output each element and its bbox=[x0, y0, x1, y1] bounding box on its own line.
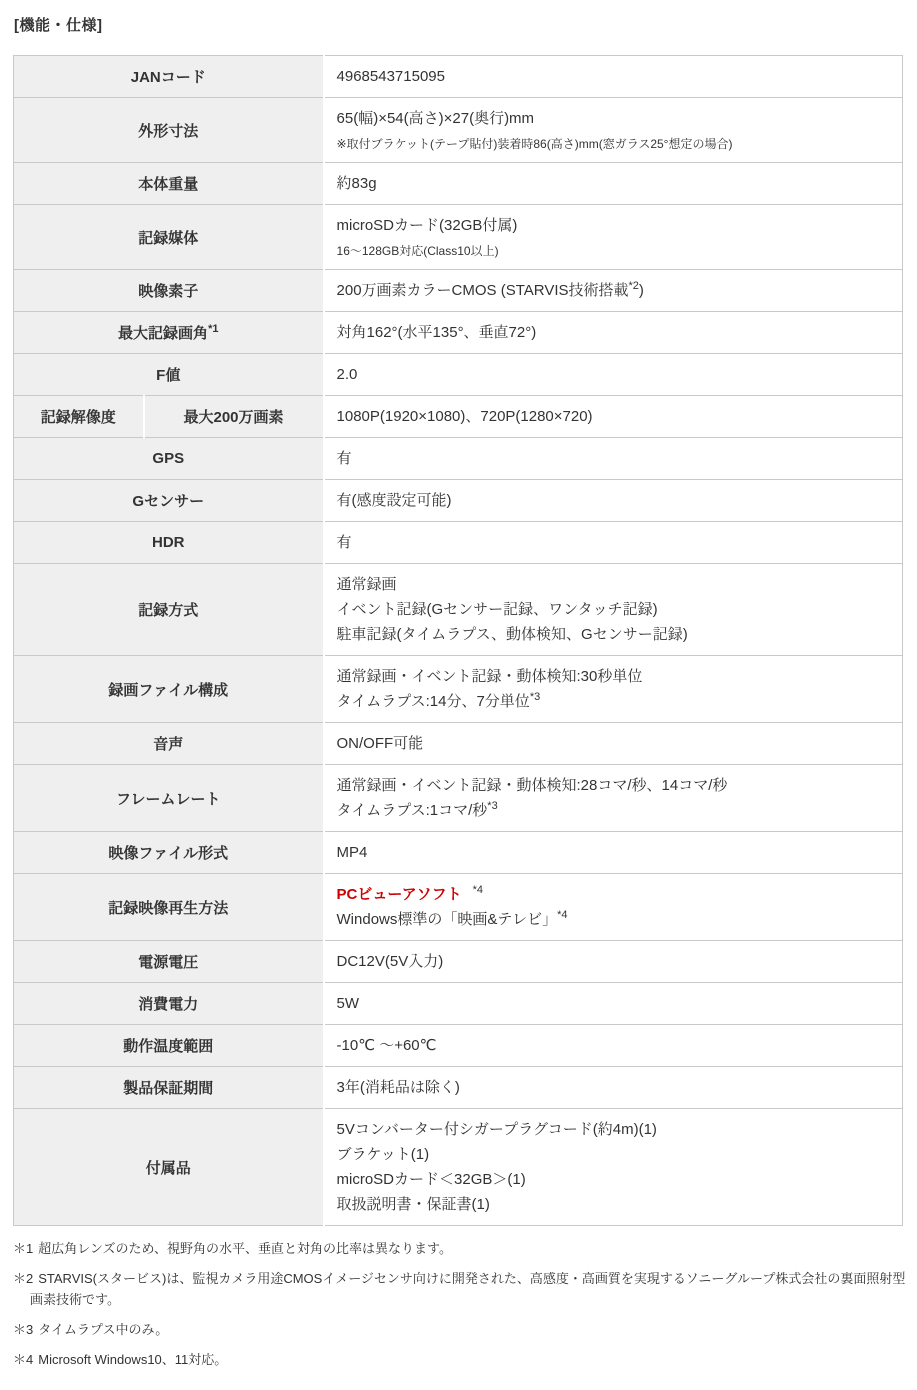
value-line: 200万画素カラーCMOS (STARVIS技術搭載*2) bbox=[337, 278, 890, 303]
value-text: ブラケット(1) bbox=[337, 1146, 430, 1163]
table-row: 記録解像度最大200万画素1080P(1920×1080)、720P(1280×… bbox=[14, 396, 903, 438]
value-text: 通常録画 bbox=[337, 576, 397, 593]
value-line: 駐車記録(タイムラプス、動体検知、Gセンサー記録) bbox=[337, 622, 890, 647]
row-value-cell: PCビューアソフト *4Windows標準の「映画&テレビ」*4 bbox=[324, 874, 903, 941]
row-label-cell: GPS bbox=[14, 438, 324, 480]
page-title: [機能・仕様] bbox=[14, 14, 904, 35]
footnote-marker: ＊4 bbox=[13, 1352, 33, 1367]
row-value-cell: 有(感度設定可能) bbox=[324, 480, 903, 522]
spec-table: JANコード4968543715095外形寸法65(幅)×54(高さ)×27(奥… bbox=[13, 55, 903, 1226]
row-label: 製品保証期間 bbox=[123, 1080, 213, 1097]
table-row: 外形寸法65(幅)×54(高さ)×27(奥行)mm※取付ブラケット(テープ貼付)… bbox=[14, 98, 903, 163]
row-label: 最大記録画角 bbox=[118, 325, 208, 342]
footnotes: ＊1超広角レンズのため、視野角の水平、垂直と対角の比率は異なります。＊2STAR… bbox=[13, 1238, 916, 1370]
footnote-marker: ＊1 bbox=[13, 1241, 33, 1256]
value-text: 200万画素カラーCMOS (STARVIS技術搭載 bbox=[337, 282, 629, 299]
value-text: 有(感度設定可能) bbox=[337, 492, 452, 509]
row-label-cell: HDR bbox=[14, 522, 324, 564]
footnote-ref: *4 bbox=[462, 884, 483, 896]
row-value-cell: 5W bbox=[324, 983, 903, 1025]
value-text: 通常録画・イベント記録・動体検知:28コマ/秒、14コマ/秒 bbox=[337, 777, 728, 794]
table-row: 本体重量約83g bbox=[14, 163, 903, 205]
value-text: microSDカード(32GB付属) bbox=[337, 217, 518, 234]
table-row: 音声ON/OFF可能 bbox=[14, 723, 903, 765]
row-label-cell: JANコード bbox=[14, 56, 324, 98]
footnote: ＊2STARVIS(スタービス)は、監視カメラ用途CMOSイメージセンサ向けに開… bbox=[13, 1268, 916, 1310]
value-line: 対角162°(水平135°、垂直72°) bbox=[337, 320, 890, 345]
row-label: 電源電圧 bbox=[138, 954, 198, 971]
value-line: 約83g bbox=[337, 171, 890, 196]
footnote: ＊1超広角レンズのため、視野角の水平、垂直と対角の比率は異なります。 bbox=[13, 1238, 916, 1259]
value-line: 3年(消耗品は除く) bbox=[337, 1075, 890, 1100]
row-label: GPS bbox=[152, 450, 184, 467]
row-label: 最大200万画素 bbox=[183, 409, 283, 426]
row-label: HDR bbox=[152, 534, 185, 551]
row-value-cell: 有 bbox=[324, 522, 903, 564]
row-label-cell: 最大200万画素 bbox=[144, 396, 324, 438]
table-row: JANコード4968543715095 bbox=[14, 56, 903, 98]
row-label: F値 bbox=[156, 367, 180, 384]
value-line: PCビューアソフト *4 bbox=[337, 882, 890, 907]
value-text: イベント記録(Gセンサー記録、ワンタッチ記録) bbox=[337, 601, 658, 618]
footnote-ref: *3 bbox=[487, 800, 497, 812]
row-value-cell: 約83g bbox=[324, 163, 903, 205]
row-label-cell: 録画ファイル構成 bbox=[14, 656, 324, 723]
value-text: microSDカード＜32GB＞(1) bbox=[337, 1171, 526, 1188]
row-label-cell: 記録解像度 bbox=[14, 396, 144, 438]
value-text: タイムラプス:14分、7分単位 bbox=[337, 693, 530, 710]
row-label: JANコード bbox=[131, 69, 206, 86]
row-label-cell: 付属品 bbox=[14, 1109, 324, 1226]
value-line: 65(幅)×54(高さ)×27(奥行)mm bbox=[337, 106, 890, 131]
footnote: ＊4Microsoft Windows10、11対応。 bbox=[13, 1349, 916, 1370]
footnote-marker: ＊3 bbox=[13, 1322, 33, 1337]
row-value-cell: 通常録画イベント記録(Gセンサー記録、ワンタッチ記録)駐車記録(タイムラプス、動… bbox=[324, 564, 903, 656]
row-label: 音声 bbox=[153, 736, 183, 753]
value-text: タイムラプス:1コマ/秒 bbox=[337, 802, 488, 819]
value-text: 通常録画・イベント記録・動体検知:30秒単位 bbox=[337, 668, 643, 685]
value-text: DC12V(5V入力) bbox=[337, 953, 444, 970]
row-label: 本体重量 bbox=[138, 176, 198, 193]
table-row: 記録媒体microSDカード(32GB付属)16〜128GB対応(Class10… bbox=[14, 205, 903, 270]
value-line: タイムラプス:1コマ/秒*3 bbox=[337, 798, 890, 823]
value-text: 4968543715095 bbox=[337, 68, 445, 85]
table-row: 動作温度範囲-10℃ 〜+60℃ bbox=[14, 1025, 903, 1067]
row-value-cell: MP4 bbox=[324, 832, 903, 874]
row-label-cell: 外形寸法 bbox=[14, 98, 324, 163]
row-label: 消費電力 bbox=[138, 996, 198, 1013]
table-row: 消費電力5W bbox=[14, 983, 903, 1025]
value-text: 3年(消耗品は除く) bbox=[337, 1079, 460, 1096]
spec-page: [機能・仕様] JANコード4968543715095外形寸法65(幅)×54(… bbox=[13, 14, 904, 1370]
row-label-cell: 記録映像再生方法 bbox=[14, 874, 324, 941]
footnote-text: STARVIS(スタービス)は、監視カメラ用途CMOSイメージセンサ向けに開発さ… bbox=[30, 1271, 905, 1307]
value-line: 通常録画・イベント記録・動体検知:28コマ/秒、14コマ/秒 bbox=[337, 773, 890, 798]
value-text: 有 bbox=[337, 534, 352, 551]
row-label: 記録映像再生方法 bbox=[108, 900, 228, 917]
value-line: 取扱説明書・保証書(1) bbox=[337, 1192, 890, 1217]
row-label: 動作温度範囲 bbox=[123, 1038, 213, 1055]
row-value-cell: DC12V(5V入力) bbox=[324, 941, 903, 983]
row-label-cell: 記録媒体 bbox=[14, 205, 324, 270]
value-line: 5W bbox=[337, 991, 890, 1016]
row-value-cell: 通常録画・イベント記録・動体検知:28コマ/秒、14コマ/秒タイムラプス:1コマ… bbox=[324, 765, 903, 832]
row-label-cell: 電源電圧 bbox=[14, 941, 324, 983]
value-line: MP4 bbox=[337, 840, 890, 865]
row-label-cell: Gセンサー bbox=[14, 480, 324, 522]
table-row: 記録方式通常録画イベント記録(Gセンサー記録、ワンタッチ記録)駐車記録(タイムラ… bbox=[14, 564, 903, 656]
value-line: タイムラプス:14分、7分単位*3 bbox=[337, 689, 890, 714]
value-line: 通常録画 bbox=[337, 572, 890, 597]
table-row: 電源電圧DC12V(5V入力) bbox=[14, 941, 903, 983]
footnote-text: タイムラプス中のみ。 bbox=[38, 1322, 168, 1337]
value-line: ON/OFF可能 bbox=[337, 731, 890, 756]
value-text: 約83g bbox=[337, 175, 377, 192]
row-value-cell: 1080P(1920×1080)、720P(1280×720) bbox=[324, 396, 903, 438]
value-text: 対角162°(水平135°、垂直72°) bbox=[337, 324, 537, 341]
value-line: 4968543715095 bbox=[337, 64, 890, 89]
value-text: -10℃ 〜+60℃ bbox=[337, 1037, 437, 1054]
value-line: 有 bbox=[337, 530, 890, 555]
row-label: フレームレート bbox=[116, 791, 220, 808]
value-text: 有 bbox=[337, 450, 352, 467]
footnote-ref: *4 bbox=[557, 909, 567, 921]
row-label: 記録解像度 bbox=[41, 409, 116, 426]
value-text: 65(幅)×54(高さ)×27(奥行)mm bbox=[337, 110, 535, 127]
footnote-marker: ＊2 bbox=[13, 1271, 33, 1286]
table-row: Gセンサー有(感度設定可能) bbox=[14, 480, 903, 522]
value-text: ※取付ブラケット(テープ貼付)装着時86(高さ)mm(窓ガラス25°想定の場合) bbox=[337, 137, 733, 151]
value-line: 通常録画・イベント記録・動体検知:30秒単位 bbox=[337, 664, 890, 689]
row-label: Gセンサー bbox=[132, 493, 204, 510]
value-text: 16〜128GB対応(Class10以上) bbox=[337, 244, 499, 258]
value-text: 1080P(1920×1080)、720P(1280×720) bbox=[337, 408, 593, 425]
value-line: microSDカード(32GB付属) bbox=[337, 213, 890, 238]
row-value-cell: microSDカード(32GB付属)16〜128GB対応(Class10以上) bbox=[324, 205, 903, 270]
row-value-cell: 2.0 bbox=[324, 354, 903, 396]
value-text: Windows標準の「映画&テレビ」 bbox=[337, 911, 558, 928]
row-label: 記録媒体 bbox=[138, 230, 198, 247]
row-label-cell: 最大記録画角*1 bbox=[14, 312, 324, 354]
row-value-cell: 200万画素カラーCMOS (STARVIS技術搭載*2) bbox=[324, 270, 903, 312]
footnote-ref: *3 bbox=[530, 691, 540, 703]
table-row: 映像素子200万画素カラーCMOS (STARVIS技術搭載*2) bbox=[14, 270, 903, 312]
footnote-text: 超広角レンズのため、視野角の水平、垂直と対角の比率は異なります。 bbox=[38, 1241, 452, 1256]
row-label: 映像素子 bbox=[138, 283, 198, 300]
value-line: 有 bbox=[337, 446, 890, 471]
row-label-cell: フレームレート bbox=[14, 765, 324, 832]
value-line: ※取付ブラケット(テープ貼付)装着時86(高さ)mm(窓ガラス25°想定の場合) bbox=[337, 134, 890, 154]
row-label: 録画ファイル構成 bbox=[108, 682, 228, 699]
row-value-cell: 対角162°(水平135°、垂直72°) bbox=[324, 312, 903, 354]
row-label-cell: 映像ファイル形式 bbox=[14, 832, 324, 874]
row-value-cell: 65(幅)×54(高さ)×27(奥行)mm※取付ブラケット(テープ貼付)装着時8… bbox=[324, 98, 903, 163]
value-line: 2.0 bbox=[337, 362, 890, 387]
value-line: 有(感度設定可能) bbox=[337, 488, 890, 513]
row-label: 記録方式 bbox=[138, 602, 198, 619]
value-text: 5W bbox=[337, 995, 360, 1012]
spec-table-body: JANコード4968543715095外形寸法65(幅)×54(高さ)×27(奥… bbox=[14, 56, 903, 1226]
row-value-cell: -10℃ 〜+60℃ bbox=[324, 1025, 903, 1067]
value-line: Windows標準の「映画&テレビ」*4 bbox=[337, 907, 890, 932]
footnote-ref: *1 bbox=[208, 323, 218, 335]
table-row: フレームレート通常録画・イベント記録・動体検知:28コマ/秒、14コマ/秒タイム… bbox=[14, 765, 903, 832]
pc-viewer-link[interactable]: PCビューアソフト bbox=[337, 886, 462, 903]
table-row: 映像ファイル形式MP4 bbox=[14, 832, 903, 874]
row-value-cell: ON/OFF可能 bbox=[324, 723, 903, 765]
value-line: 16〜128GB対応(Class10以上) bbox=[337, 241, 890, 261]
row-value-cell: 通常録画・イベント記録・動体検知:30秒単位タイムラプス:14分、7分単位*3 bbox=[324, 656, 903, 723]
row-label-cell: F値 bbox=[14, 354, 324, 396]
value-line: ブラケット(1) bbox=[337, 1142, 890, 1167]
value-line: microSDカード＜32GB＞(1) bbox=[337, 1167, 890, 1192]
value-line: イベント記録(Gセンサー記録、ワンタッチ記録) bbox=[337, 597, 890, 622]
row-label: 映像ファイル形式 bbox=[108, 845, 228, 862]
row-label-cell: 製品保証期間 bbox=[14, 1067, 324, 1109]
value-text: 5Vコンバーター付シガープラグコード(約4m)(1) bbox=[337, 1121, 657, 1138]
row-value-cell: 有 bbox=[324, 438, 903, 480]
value-text: MP4 bbox=[337, 844, 368, 861]
row-label-cell: 記録方式 bbox=[14, 564, 324, 656]
table-row: 最大記録画角*1対角162°(水平135°、垂直72°) bbox=[14, 312, 903, 354]
footnote-ref: *2 bbox=[629, 280, 639, 292]
row-label-cell: 動作温度範囲 bbox=[14, 1025, 324, 1067]
value-line: 5Vコンバーター付シガープラグコード(約4m)(1) bbox=[337, 1117, 890, 1142]
value-text: 取扱説明書・保証書(1) bbox=[337, 1196, 490, 1213]
row-label-cell: 音声 bbox=[14, 723, 324, 765]
table-row: 録画ファイル構成通常録画・イベント記録・動体検知:30秒単位タイムラプス:14分… bbox=[14, 656, 903, 723]
row-value-cell: 5Vコンバーター付シガープラグコード(約4m)(1)ブラケット(1)microS… bbox=[324, 1109, 903, 1226]
table-row: GPS有 bbox=[14, 438, 903, 480]
row-label: 外形寸法 bbox=[138, 123, 198, 140]
row-value-cell: 3年(消耗品は除く) bbox=[324, 1067, 903, 1109]
row-label: 付属品 bbox=[146, 1160, 191, 1177]
row-label-cell: 消費電力 bbox=[14, 983, 324, 1025]
table-row: HDR有 bbox=[14, 522, 903, 564]
value-text: ) bbox=[639, 282, 644, 299]
table-row: F値2.0 bbox=[14, 354, 903, 396]
value-text: 2.0 bbox=[337, 366, 358, 383]
row-label-cell: 本体重量 bbox=[14, 163, 324, 205]
row-label-cell: 映像素子 bbox=[14, 270, 324, 312]
table-row: 記録映像再生方法PCビューアソフト *4Windows標準の「映画&テレビ」*4 bbox=[14, 874, 903, 941]
table-row: 付属品5Vコンバーター付シガープラグコード(約4m)(1)ブラケット(1)mic… bbox=[14, 1109, 903, 1226]
value-text: 駐車記録(タイムラプス、動体検知、Gセンサー記録) bbox=[337, 626, 688, 643]
value-line: DC12V(5V入力) bbox=[337, 949, 890, 974]
footnote-text: Microsoft Windows10、11対応。 bbox=[38, 1352, 227, 1367]
value-text: ON/OFF可能 bbox=[337, 735, 424, 752]
table-row: 製品保証期間3年(消耗品は除く) bbox=[14, 1067, 903, 1109]
value-line: -10℃ 〜+60℃ bbox=[337, 1033, 890, 1058]
value-line: 1080P(1920×1080)、720P(1280×720) bbox=[337, 404, 890, 429]
footnote: ＊3タイムラプス中のみ。 bbox=[13, 1319, 916, 1340]
row-value-cell: 4968543715095 bbox=[324, 56, 903, 98]
